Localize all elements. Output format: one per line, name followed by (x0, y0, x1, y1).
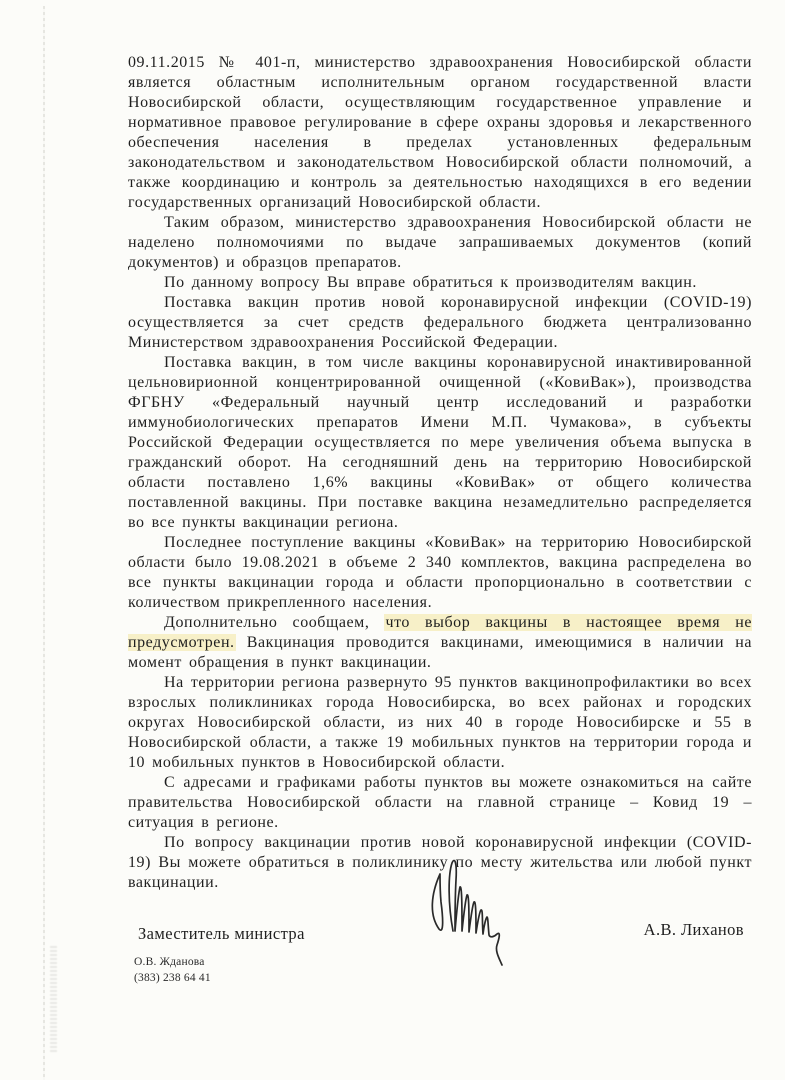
scan-fold-line (43, 6, 45, 1080)
executor-name: О.В. Жданова (134, 954, 211, 970)
paragraph-3: По данному вопросу Вы вправе обратиться … (128, 273, 752, 293)
paragraph-7: Дополнительно сообщаем, что выбор вакцин… (128, 613, 752, 673)
paragraph-4: Поставка вакцин против новой коронавирус… (128, 293, 752, 353)
paragraph-2: Таким образом, министерство здравоохране… (128, 213, 752, 273)
paragraph-6: Последнее поступление вакцины «КовиВак» … (128, 533, 752, 613)
paragraph-1: 09.11.2015 № 401-п, министерство здравоо… (128, 53, 752, 213)
letter-body: 09.11.2015 № 401-п, министерство здравоо… (128, 53, 752, 893)
paragraph-9: С адресами и графиками работы пунктов вы… (128, 773, 752, 833)
scanned-letter-page: 09.11.2015 № 401-п, министерство здравоо… (0, 0, 785, 1080)
executor-phone: (383) 238 64 41 (134, 970, 211, 986)
paragraph-8: На территории региона развернуто 95 пунк… (128, 673, 752, 773)
paragraph-7-pre: Дополнительно сообщаем, (164, 614, 384, 631)
signer-title: Заместитель министра (138, 924, 305, 944)
signer-name: А.В. Лиханов (644, 920, 744, 940)
paragraph-5: Поставка вакцин, в том числе вакцины кор… (128, 353, 752, 533)
handwritten-signature-icon (416, 852, 511, 967)
executor-block: О.В. Жданова (383) 238 64 41 (134, 954, 211, 986)
scan-edge-artifact (50, 946, 57, 1054)
